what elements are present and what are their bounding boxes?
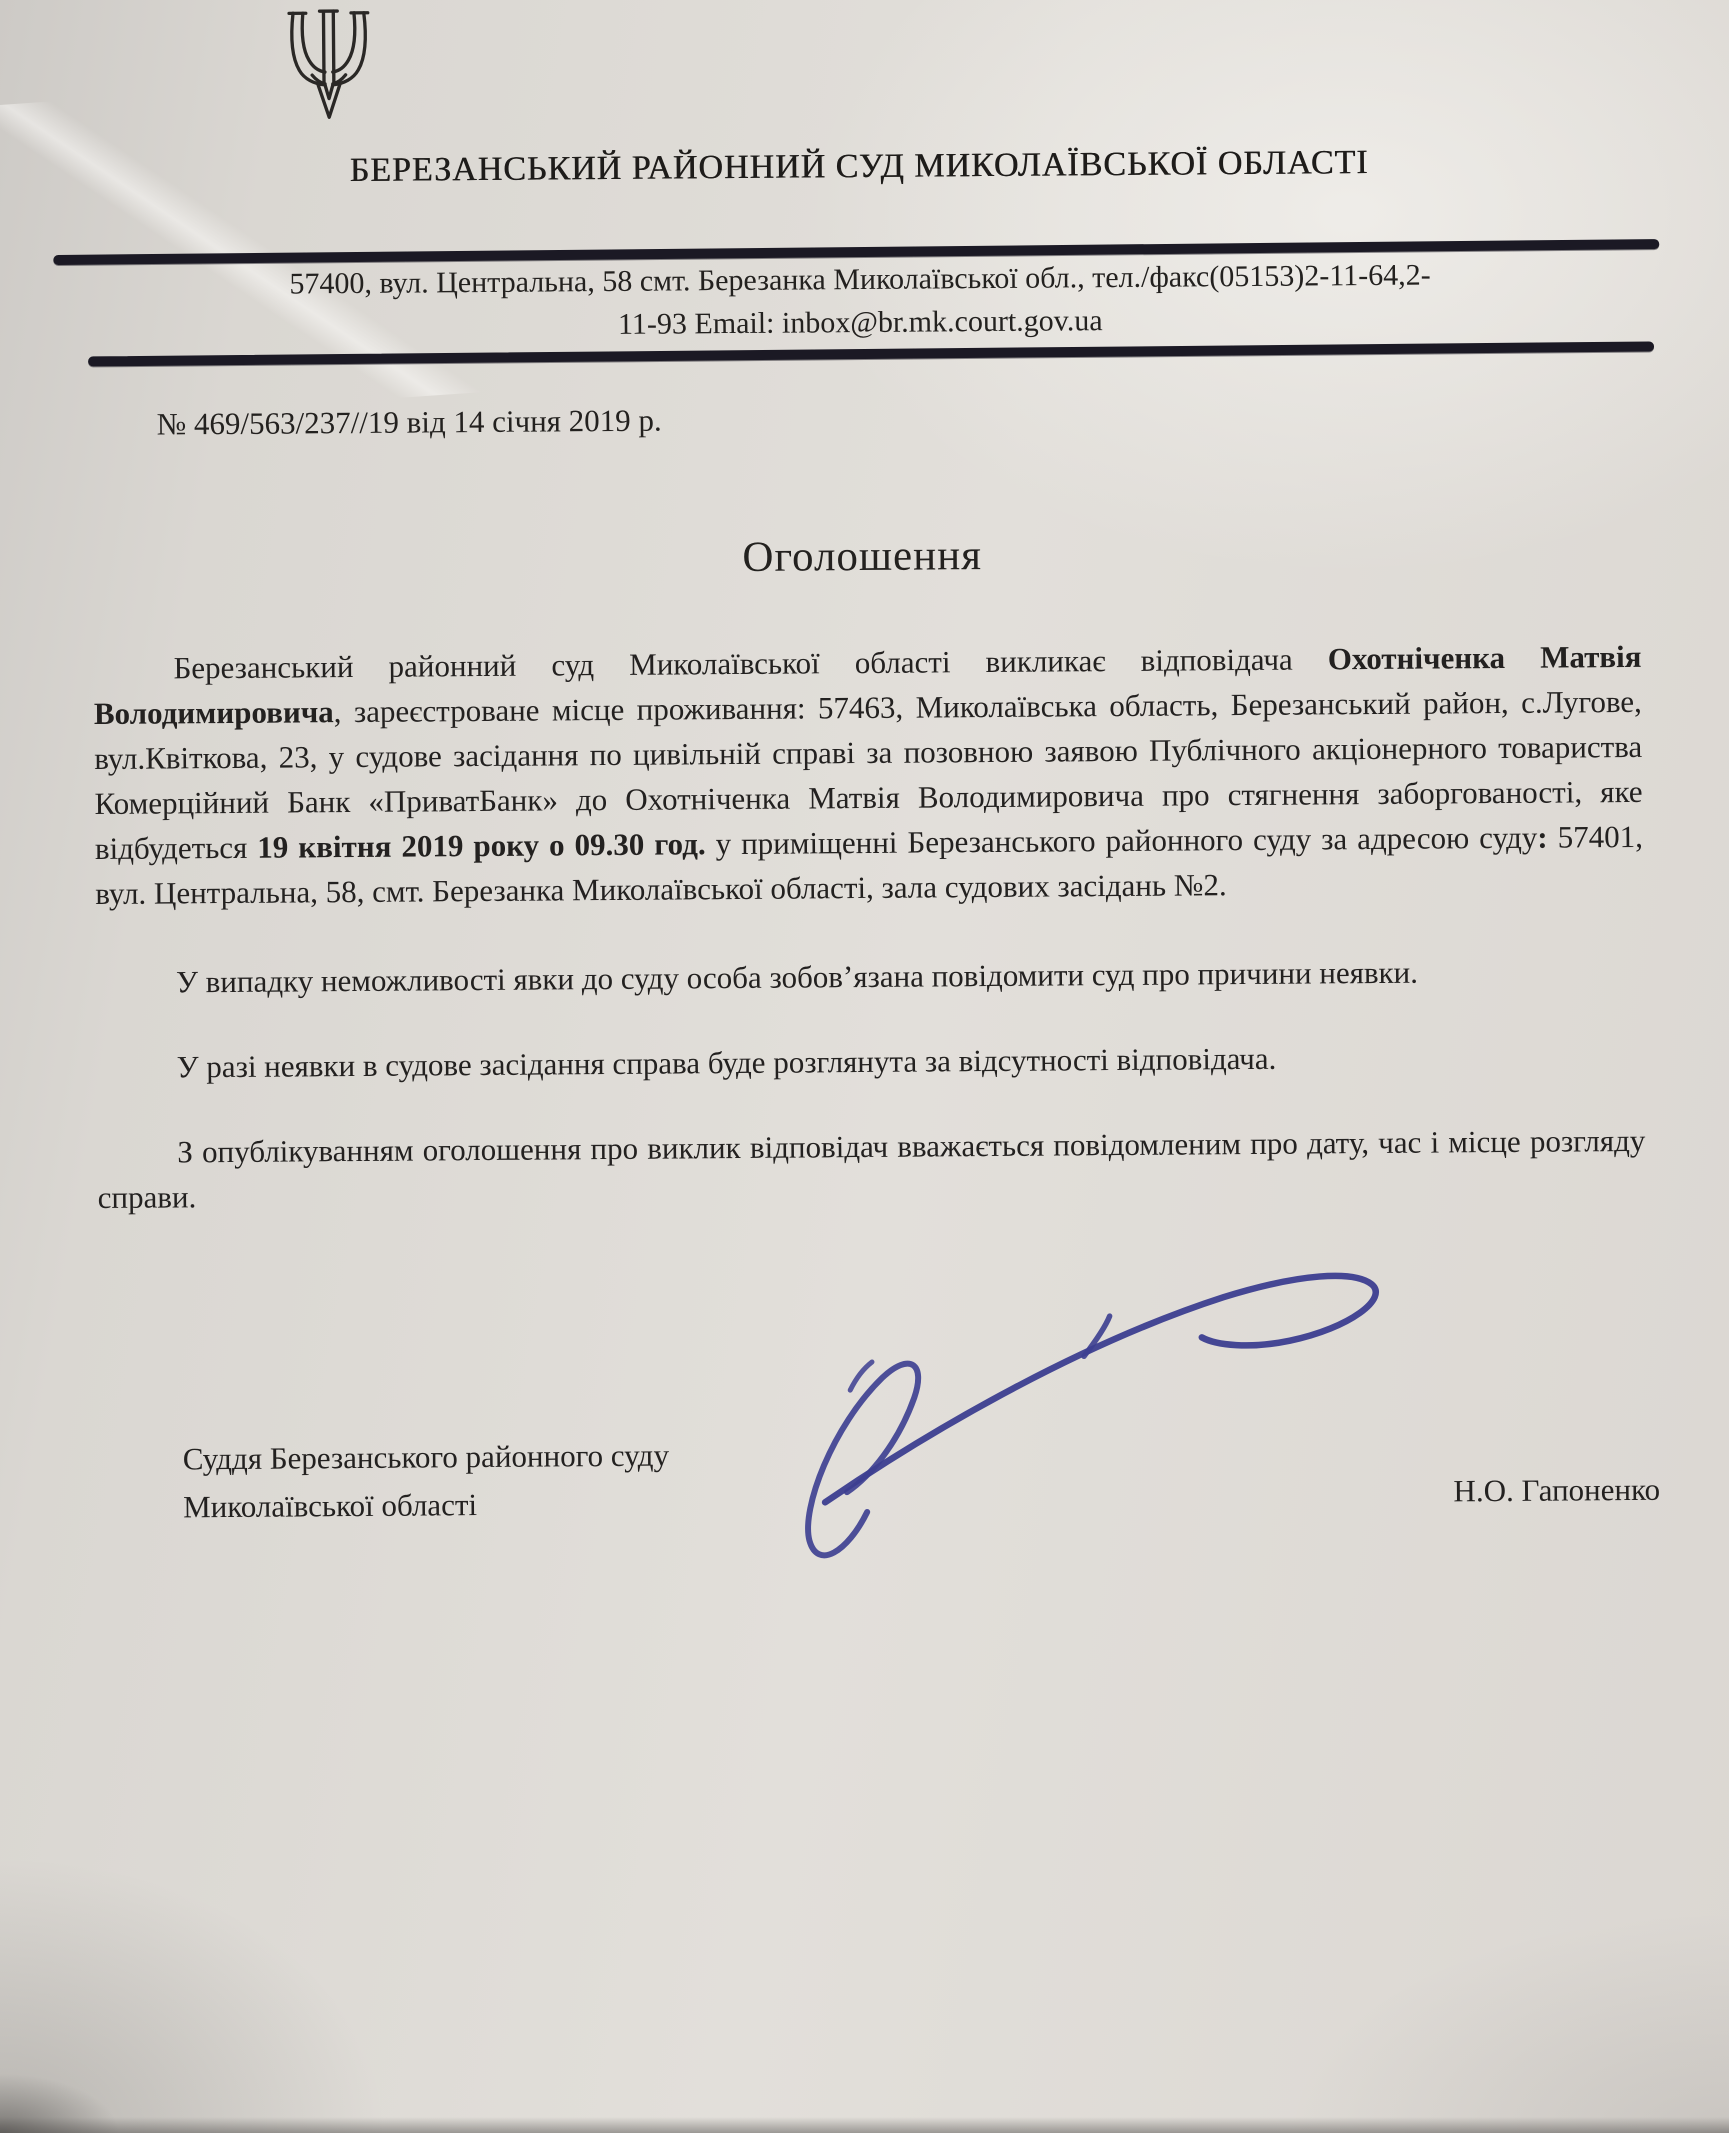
document-title: Оголошення [0, 525, 1727, 588]
case-reference-number: № 469/563/237//19 від 14 січня 2019 р. [156, 403, 661, 443]
hearing-datetime-bold: 19 квітня 2019 року о 09.30 год. [257, 826, 706, 865]
contact-address-line: 57400, вул. Центральна, 58 смт. Березанк… [0, 256, 1725, 304]
handwritten-signature [753, 1236, 1416, 1586]
document-body: Березанський районний суд Миколаївської … [93, 634, 1645, 1220]
photo-bottom-edge-shadow [0, 2117, 1729, 2133]
body-paragraph-impossibility: У випадку неможливості явки до суду особ… [96, 948, 1644, 1005]
body-paragraph-summons: Березанський районний суд Миколаївської … [93, 634, 1643, 916]
summons-intro-text: Березанський районний суд Миколаївської … [173, 641, 1328, 685]
bottom-divider-rule [88, 341, 1654, 366]
court-name-heading: БЕРЕЗАНСЬКИЙ РАЙОННИЙ СУД МИКОЛАЇВСЬКОЇ … [0, 141, 1724, 193]
document-page: БЕРЕЗАНСЬКИЙ РАЙОННИЙ СУД МИКОЛАЇВСЬКОЇ … [0, 0, 1729, 2133]
contact-email-line: 11-93 Email: inbox@br.mk.court.gov.ua [0, 299, 1725, 347]
summons-venue-text: у приміщенні Березанського районного суд… [706, 820, 1538, 862]
ukraine-trident-emblem [276, 6, 381, 123]
body-paragraph-publication: З опублікуванням оголошення про виклик в… [97, 1118, 1646, 1220]
judge-role-line-1: Суддя Березанського районного суду [183, 1432, 670, 1484]
judge-role-line-2: Миколаївської області [183, 1480, 670, 1532]
body-paragraph-absence: У разі неявки в судове засідання справа … [96, 1033, 1644, 1090]
judge-role-label: Суддя Березанського районного суду Микол… [183, 1432, 670, 1532]
colon-bold: : [1537, 820, 1548, 855]
scanned-court-document: БЕРЕЗАНСЬКИЙ РАЙОННИЙ СУД МИКОЛАЇВСЬКОЇ … [0, 0, 1729, 2133]
judge-name: Н.О. Гапоненко [1453, 1472, 1660, 1510]
